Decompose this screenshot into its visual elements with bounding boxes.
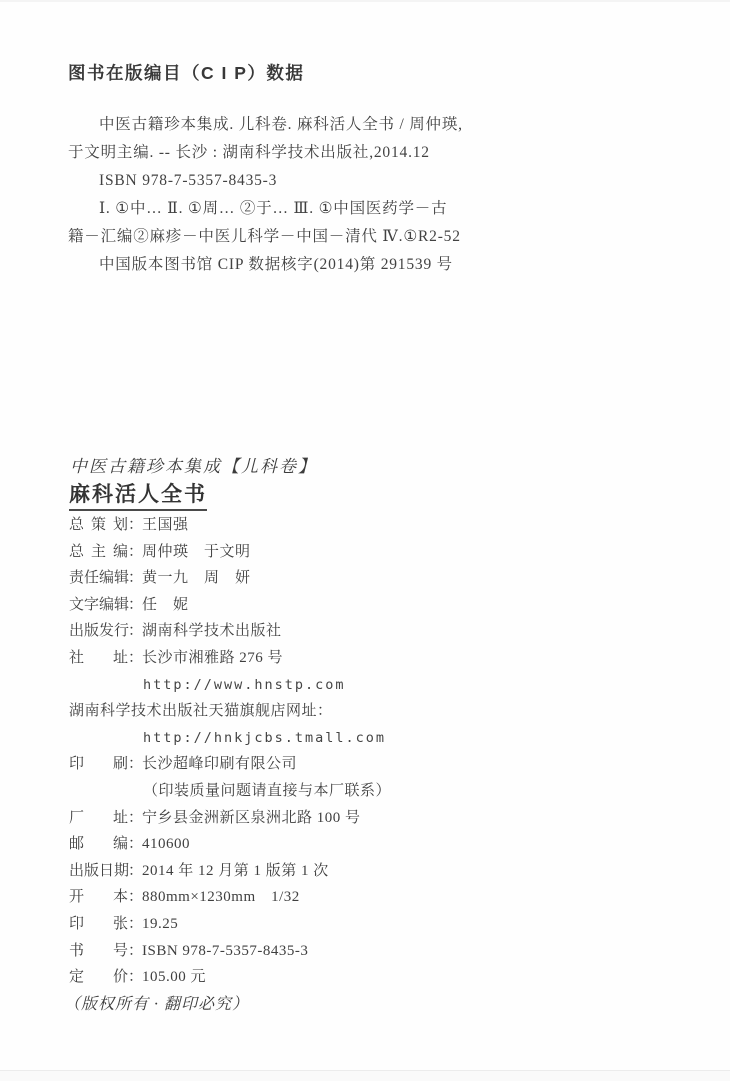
info-label: 定价	[69, 964, 128, 991]
info-colon: ：	[128, 645, 142, 672]
info-value: 410600	[142, 836, 190, 852]
info-colon: ：	[128, 565, 142, 592]
info-value: 2014 年 12 月第 1 版第 1 次	[142, 863, 329, 879]
info-colon: ：	[128, 964, 142, 991]
cip-line: ISBN 978-7-5357-8435-3	[68, 167, 680, 195]
info-colon: ：	[128, 884, 142, 911]
info-value: 宁乡县金洲新区泉洲北路 100 号	[142, 810, 361, 826]
info-label: 总主编	[69, 539, 128, 566]
info-row: 厂址：宁乡县金洲新区泉洲北路 100 号	[69, 805, 690, 832]
info-row: 责任编辑：黄一九 周 妍	[69, 565, 690, 592]
info-colon: ：	[128, 858, 142, 885]
info-colon: ：	[128, 539, 142, 566]
cip-line: 中医古籍珍本集成. 儿科卷. 麻科活人全书 / 周仲瑛,	[68, 111, 680, 139]
info-row: 开本：880mm×1230mm 1/32	[69, 884, 690, 911]
info-row: 文字编辑：任 妮	[69, 592, 690, 619]
info-row: 出版日期：2014 年 12 月第 1 版第 1 次	[69, 858, 690, 885]
cip-line: Ⅰ. ①中… Ⅱ. ①周… ②于… Ⅲ. ①中国医药学－古	[68, 195, 680, 223]
info-row: 邮编：410600	[69, 831, 690, 858]
info-label: 书号	[69, 938, 128, 965]
info-value: 880mm×1230mm 1/32	[142, 889, 300, 905]
info-row: 总策划：王国强	[69, 512, 690, 539]
info-value: （印装质量问题请直接与本厂联系）	[143, 783, 391, 799]
info-value: 王国强	[142, 517, 189, 533]
info-row: http://www.hnstp.com	[69, 672, 690, 699]
info-label: 出版发行	[69, 618, 128, 645]
info-value: 任 妮	[142, 597, 189, 613]
info-value: 黄一九 周 妍	[142, 570, 251, 586]
info-colon: ：	[128, 938, 142, 965]
book-copyright-page: 图书在版编目（C I P）数据 中医古籍珍本集成. 儿科卷. 麻科活人全书 / …	[0, 0, 730, 1081]
info-value: 湖南科学技术出版社	[142, 623, 282, 639]
info-colon: ：	[128, 805, 142, 832]
info-label: 印张	[69, 911, 128, 938]
cip-block: 图书在版编目（C I P）数据 中医古籍珍本集成. 儿科卷. 麻科活人全书 / …	[68, 60, 680, 279]
info-row: 出版发行：湖南科学技术出版社	[69, 618, 690, 645]
info-row: 社址：长沙市湘雅路 276 号	[69, 645, 690, 672]
info-row: （印装质量问题请直接与本厂联系）	[69, 778, 690, 805]
page-bottom-edge	[0, 1070, 730, 1081]
cip-heading: 图书在版编目（C I P）数据	[68, 60, 680, 85]
info-value: http://www.hnstp.com	[143, 677, 346, 693]
info-label: 开本	[69, 884, 128, 911]
info-colon: ：	[128, 618, 142, 645]
info-row: 定价：105.00 元	[69, 964, 690, 991]
series-title: 中医古籍珍本集成【儿科卷】	[70, 452, 317, 477]
publication-info: 总策划：王国强 总主编：周仲瑛 于文明 责任编辑：黄一九 周 妍 文字编辑：任 …	[69, 512, 690, 1018]
cip-record: 中医古籍珍本集成. 儿科卷. 麻科活人全书 / 周仲瑛, 于文明主编. -- 长…	[68, 111, 680, 279]
info-label: 厂址	[69, 805, 128, 832]
info-value: 湖南科学技术出版社天猫旗舰店网址：	[69, 703, 333, 719]
info-row: 印张：19.25	[69, 911, 690, 938]
info-row: http://hnkjcbs.tmall.com	[69, 725, 690, 752]
info-value: 长沙市湘雅路 276 号	[142, 650, 283, 666]
info-label: 总策划	[69, 512, 128, 539]
info-row: 湖南科学技术出版社天猫旗舰店网址：	[69, 698, 690, 725]
book-title: 麻科活人全书	[69, 478, 207, 511]
info-colon: ：	[128, 512, 142, 539]
info-row: 书号：ISBN 978-7-5357-8435-3	[69, 938, 690, 965]
cip-line: 籍－汇编②麻疹－中医儿科学－中国－清代 Ⅳ.①R2-52	[68, 223, 680, 251]
info-label: 邮编	[69, 831, 128, 858]
info-row: 总主编：周仲瑛 于文明	[69, 539, 690, 566]
info-label: 出版日期	[69, 858, 128, 885]
info-label: 社址	[69, 645, 128, 672]
info-value: 周仲瑛 于文明	[142, 544, 251, 560]
cip-line: 于文明主编. -- 长沙 : 湖南科学技术出版社,2014.12	[68, 139, 680, 167]
info-value: 105.00 元	[142, 969, 206, 985]
info-value: ISBN 978-7-5357-8435-3	[142, 943, 308, 959]
info-colon: ：	[128, 751, 142, 778]
info-colon: ：	[128, 911, 142, 938]
info-colon: ：	[128, 831, 142, 858]
info-value: 长沙超峰印刷有限公司	[142, 756, 297, 772]
info-label: 文字编辑	[69, 592, 128, 619]
info-row: 印刷：长沙超峰印刷有限公司	[69, 751, 690, 778]
cip-line: 中国版本图书馆 CIP 数据核字(2014)第 291539 号	[68, 251, 680, 279]
info-label: 责任编辑	[69, 565, 128, 592]
copyright-notice: （版权所有 · 翻印必究）	[64, 991, 690, 1018]
info-label: 印刷	[69, 751, 128, 778]
info-value: http://hnkjcbs.tmall.com	[143, 730, 386, 746]
info-value: 19.25	[142, 916, 178, 932]
info-colon: ：	[128, 592, 142, 619]
